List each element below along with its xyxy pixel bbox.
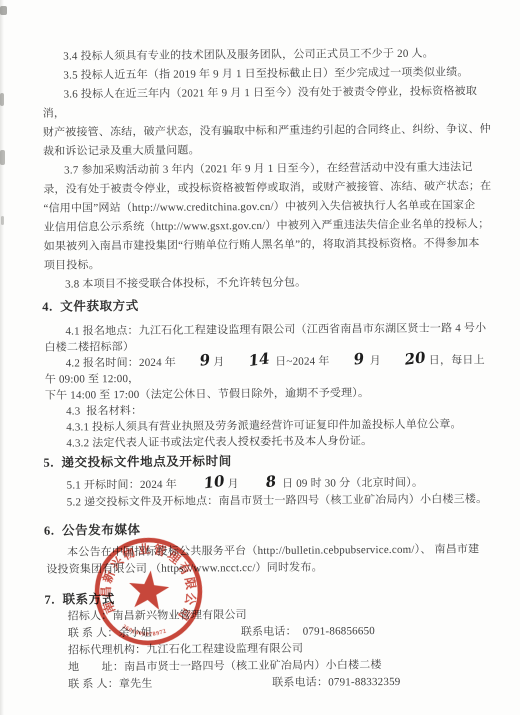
handwritten-month: 10 — [183, 481, 225, 486]
handwritten-day: 14 — [228, 358, 270, 363]
seal-star-icon — [127, 568, 171, 610]
printed-text: 日~2024 年 — [269, 355, 332, 367]
clause-5-2: 5.2 递交投标文件及开标地点：南昌市贤士一路四号（核工业矿冶局内）小白楼三楼。 — [46, 491, 495, 511]
clause-3-8: 3.8 本项目不接受联合体投标，不允许转包分包。 — [44, 272, 493, 295]
section-5-heading: 5. 递交投标文件地点及开标时间 — [43, 450, 494, 472]
scanned-document-page: 3.4 投标人须具有专业的技术团队及服务团队，公司正式员工不少于 20 人。 3… — [0, 0, 520, 715]
clause-3-6-cont: 财产被接管、冻结，破产状态，没有骗取中标和严重违约引起的合同终止、纠纷、争议、仲 — [43, 120, 492, 143]
printed-text: 5.1 开标时间：2024 年 — [67, 479, 183, 492]
printed-text: 4.2 报名时间：2024 年 — [66, 357, 179, 370]
document-body: 3.4 投标人须具有专业的技术团队及服务团队，公司正式员工不少于 20 人。 3… — [0, 0, 520, 694]
handwritten-day: 8 — [245, 481, 276, 485]
section-5-bid-submission: 5.1 开标时间：2024 年 10 月 8 日 09 时 30 分（北京时间）… — [46, 474, 495, 511]
handwritten-month: 9 — [179, 359, 210, 363]
contact-phone: 联系电话：0791-88332359 — [251, 674, 400, 692]
section-3-qualifications: 3.4 投标人须具有专业的技术团队及服务团队，公司正式员工不少于 20 人。 3… — [42, 44, 493, 295]
company-seal: 南昌新兴物业管理有限公司 3601000078972 — [82, 525, 215, 658]
printed-text: 月 — [225, 478, 245, 490]
contact-row-agency: 联 系 人：章先生联系电话：0791-88332359 — [47, 673, 496, 694]
contact-phone: 联系电话： 0791-86856650 — [220, 623, 375, 641]
printed-text: 月 — [210, 356, 227, 368]
clause-3-7-cont: 如果被列入南昌市建投集团“行贿单位行贿人黑名单”的，将取消其投标资格。不得参加本 — [44, 234, 493, 257]
printed-text: 日 09 时 30 分（北京时间）。 — [276, 477, 423, 490]
section-4-heading: 4. 文件获取方式 — [42, 294, 493, 316]
agency-address: 地 址：南昌市贤士一路四号（核工业矿冶局内）小白楼二楼 — [68, 659, 382, 673]
clause-3-6: 3.6 投标人在近三年内（2021 年 9 月 1 日至今）没有处于被责令停业，… — [42, 82, 491, 124]
clause-4-3-2: 4.3.2 法定代表人证书或法定代表人授权委托书及本人身份证。 — [45, 432, 494, 452]
section-4-document-acquisition: 4.1 报名地点：九江石化工程建设监理有限公司（江西省南昌市东湖区贤士一路 4 … — [44, 320, 494, 452]
handwritten-month: 9 — [333, 358, 364, 362]
handwritten-day: 20 — [384, 357, 426, 362]
contact-person: 联 系 人：章先生 — [68, 678, 152, 691]
printed-text: 月 — [364, 355, 384, 367]
clause-4-2: 4.2 报名时间：2024 年 9 月 14 日~2024 年 9 月 20 日… — [45, 352, 494, 388]
